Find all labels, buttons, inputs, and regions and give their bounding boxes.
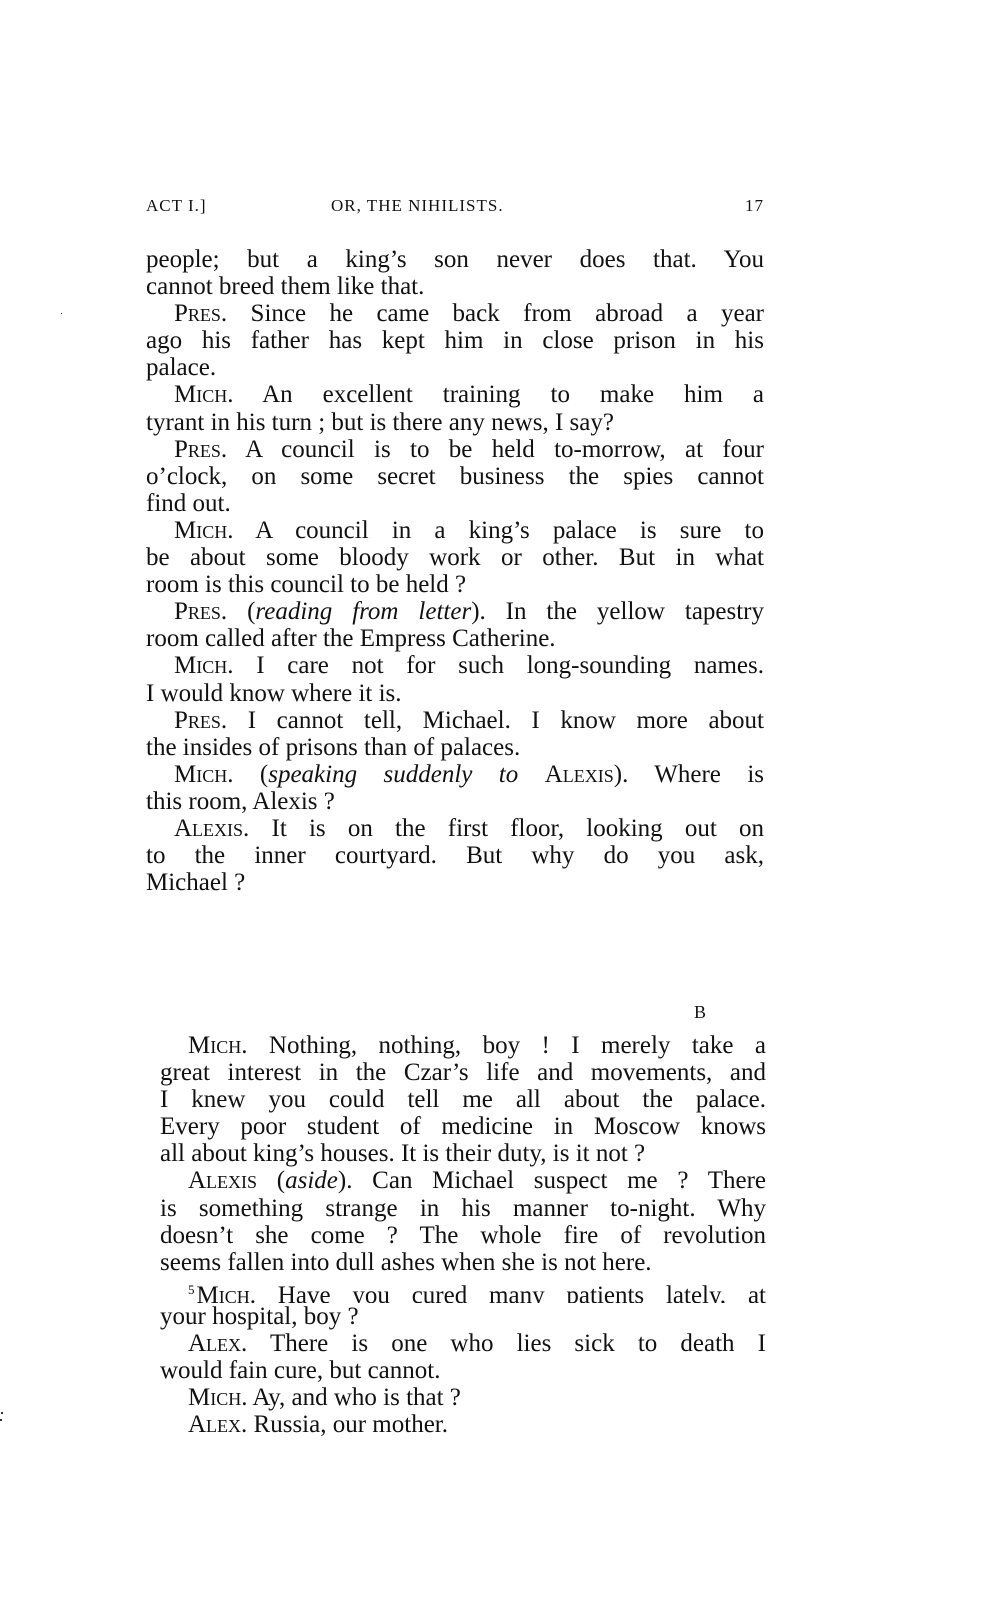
line-text: Michael ? [146, 869, 245, 896]
line-text: to the inner courtyard. But why do you a… [146, 842, 764, 869]
line-text: be about some bloody work or other. But … [146, 544, 764, 571]
text-line: Pres. I cannot tell, Michael. I know mor… [146, 707, 764, 734]
speaker-name: Mich. [197, 1282, 256, 1303]
line-text: people; but a king’s son never does that… [146, 246, 764, 273]
text-line: Michael ? [146, 869, 764, 896]
speaker-name: Mich. [174, 652, 233, 679]
speaker-name: Mich. [174, 381, 233, 408]
line-text: There is one who lies sick to death I [247, 1330, 766, 1357]
line-text: your hospital, boy ? [160, 1303, 359, 1330]
speaker-name: Pres. [174, 598, 227, 625]
line-text: I knew you could tell me all about the p… [160, 1086, 766, 1113]
stage-direction: reading from letter [255, 598, 471, 625]
text-line: Mich. I care not for such long-sounding … [146, 652, 764, 679]
page-number: 17 [745, 196, 764, 216]
line-text: A council in a king’s palace is sure to [233, 517, 764, 544]
line-text: doesn’t she come ? The whole fire of rev… [160, 1222, 766, 1249]
text-line: seems fallen into dull ashes when she is… [160, 1249, 766, 1276]
text-line: people; but a king’s son never does that… [146, 246, 764, 273]
text-line: room is this council to be held ? [146, 571, 764, 598]
line-text: is something strange in his manner to-ni… [160, 1195, 766, 1222]
line-text: ( [233, 761, 268, 788]
line-text: room is this council to be held ? [146, 571, 466, 598]
text-line: your hospital, boy ? [160, 1303, 766, 1330]
line-text: o’clock, on some secret business the spi… [146, 463, 764, 490]
line-text: room called after the Empress Catherine. [146, 625, 556, 652]
line-text: Nothing, nothing, boy ! I merely take a [247, 1032, 766, 1059]
speaker-name: Alex. [188, 1330, 247, 1357]
text-line: all about king’s houses. It is their dut… [160, 1140, 766, 1167]
line-text: Have you cured many patients lately, at [256, 1282, 766, 1303]
speaker-name: Pres. [174, 707, 227, 734]
book-page: ACT I.] OR, THE NIHILISTS. 17 people; bu… [0, 0, 1000, 1600]
text-line: Pres. Since he came back from abroad a y… [146, 300, 764, 327]
dialogue-text-upper: people; but a king’s son never does that… [146, 246, 764, 896]
act-label: ACT I.] [146, 196, 207, 216]
speaker-name: Alexis [545, 761, 614, 788]
speaker-name: Alexis. [174, 815, 249, 842]
text-line: Alex. There is one who lies sick to deat… [160, 1330, 766, 1357]
text-line: Alexis. It is on the first floor, lookin… [146, 815, 764, 842]
line-text: the insides of prisons than of palaces. [146, 734, 520, 761]
line-text: ( [257, 1167, 285, 1194]
speaker-name: Mich. [174, 761, 233, 788]
text-line: Alexis (aside). Can Michael suspect me ?… [160, 1167, 766, 1194]
line-text: palace. [146, 354, 216, 381]
text-line: Mich. Ay, and who is that ? [160, 1384, 766, 1411]
text-line: ago his father has kept him in close pri… [146, 327, 764, 354]
running-head: ACT I.] OR, THE NIHILISTS. 17 [146, 196, 764, 222]
speaker-name: Pres. [174, 300, 227, 327]
text-line: would fain cure, but cannot. [160, 1357, 766, 1384]
line-text [518, 761, 544, 788]
speaker-name: Mich. [174, 517, 233, 544]
text-line: Pres. (reading from letter). In the yell… [146, 598, 764, 625]
text-line: be about some bloody work or other. But … [146, 544, 764, 571]
text-line: cannot breed them like that. [146, 273, 764, 300]
line-text: ago his father has kept him in close pri… [146, 327, 764, 354]
line-text: find out. [146, 490, 231, 517]
text-line: Mich. An excellent training to make him … [146, 381, 764, 408]
line-text: Every poor student of medicine in Moscow… [160, 1113, 766, 1140]
scan-speck [61, 313, 62, 314]
line-text: ). In the yellow tapestry [471, 598, 764, 625]
speaker-name: Mich. [188, 1032, 247, 1059]
running-title: OR, THE NIHILISTS. [331, 196, 504, 216]
text-line: Every poor student of medicine in Moscow… [160, 1113, 766, 1140]
line-text: all about king’s houses. It is their dut… [160, 1140, 645, 1167]
line-text: ( [227, 598, 255, 625]
line-text: tyrant in his turn ; but is there any ne… [146, 409, 614, 436]
text-line: palace. [146, 354, 764, 381]
speaker-name: Pres. [174, 436, 227, 463]
text-line: I knew you could tell me all about the p… [160, 1086, 766, 1113]
line-text: An excellent training to make him a [233, 381, 764, 408]
scan-speck [1, 1412, 3, 1414]
text-line: is something strange in his manner to-ni… [160, 1195, 766, 1222]
text-line: Mich. (speaking suddenly to Alexis). Whe… [146, 761, 764, 788]
line-text: this room, Alexis ? [146, 788, 335, 815]
scan-speck [0, 1419, 2, 1421]
text-line: to the inner courtyard. But why do you a… [146, 842, 764, 869]
line-text: Since he came back from abroad a year [227, 300, 764, 327]
text-line: great interest in the Czar’s life and mo… [160, 1059, 766, 1086]
line-text: It is on the first floor, looking out on [249, 815, 764, 842]
line-text: cannot breed them like that. [146, 273, 424, 300]
text-line: this room, Alexis ? [146, 788, 764, 815]
signature-mark: B [694, 1002, 706, 1023]
line-text: ). Where is [614, 761, 764, 788]
speaker-name: Alex. [188, 1411, 247, 1438]
text-line: I would know where it is. [146, 680, 764, 707]
line-text: I would know where it is. [146, 680, 402, 707]
text-line: find out. [146, 490, 764, 517]
stage-direction: aside [285, 1167, 338, 1194]
stage-direction: speaking suddenly to [268, 761, 518, 788]
speaker-name: Alexis [188, 1167, 257, 1194]
line-text: Ay, and who is that ? [247, 1384, 460, 1411]
line-text: would fain cure, but cannot. [160, 1357, 440, 1384]
dialogue-text-lower: Mich. Nothing, nothing, boy ! I merely t… [160, 1032, 766, 1438]
line-text: ). Can Michael suspect me ? There [338, 1167, 766, 1194]
line-text: seems fallen into dull ashes when she is… [160, 1249, 652, 1276]
text-line: tyrant in his turn ; but is there any ne… [146, 409, 764, 436]
text-line: Mich. Nothing, nothing, boy ! I merely t… [160, 1032, 766, 1059]
footnote-marker: 5 [188, 1282, 195, 1297]
text-line: room called after the Empress Catherine. [146, 625, 764, 652]
speaker-name: Mich. [188, 1384, 247, 1411]
text-line: Mich. A council in a king’s palace is su… [146, 517, 764, 544]
text-line: o’clock, on some secret business the spi… [146, 463, 764, 490]
text-line: Alex. Russia, our mother. [160, 1411, 766, 1438]
line-text: I care not for such long-sounding names. [233, 652, 764, 679]
line-text: A council is to be held to-morrow, at fo… [227, 436, 764, 463]
text-line: the insides of prisons than of palaces. [146, 734, 764, 761]
text-line: 5Mich. Have you cured many patients late… [160, 1276, 766, 1303]
text-line: doesn’t she come ? The whole fire of rev… [160, 1222, 766, 1249]
line-text: Russia, our mother. [247, 1411, 448, 1438]
text-line: Pres. A council is to be held to-morrow,… [146, 436, 764, 463]
line-text: I cannot tell, Michael. I know more abou… [227, 707, 764, 734]
line-text: great interest in the Czar’s life and mo… [160, 1059, 766, 1086]
